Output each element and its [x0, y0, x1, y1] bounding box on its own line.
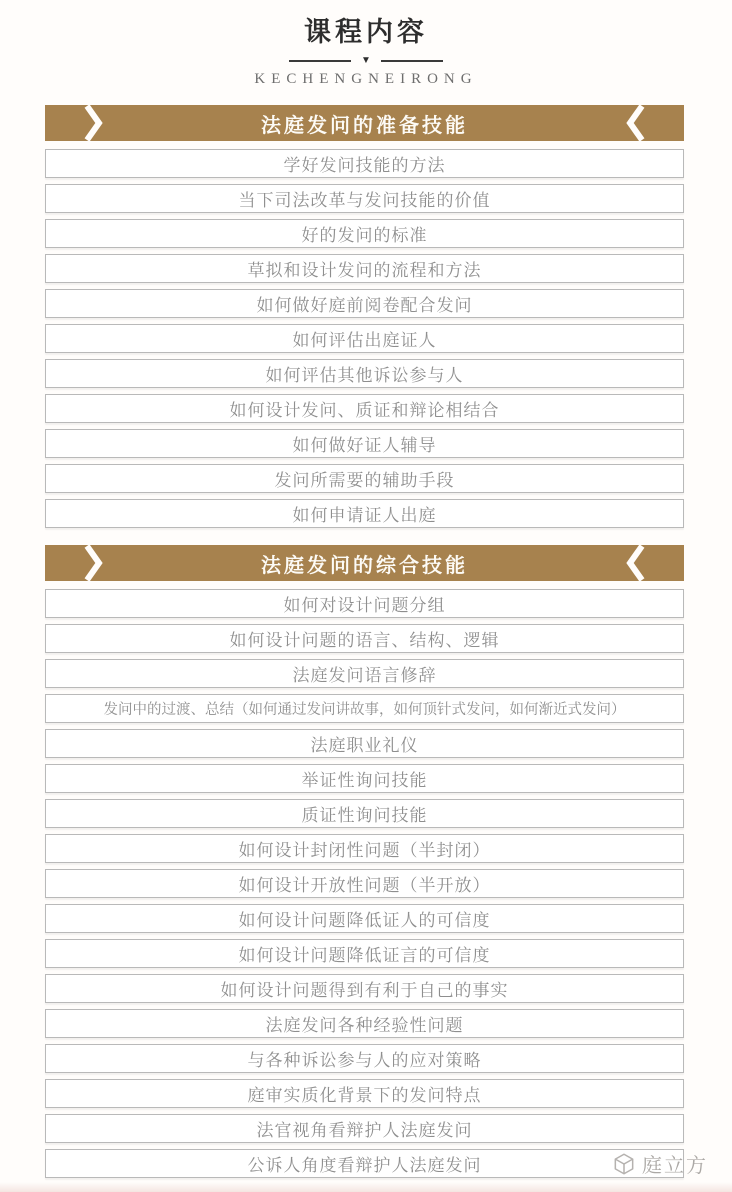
course-item-label: 质证性询问技能 [302, 801, 428, 826]
page-title: 课程内容 [0, 0, 732, 52]
course-item-label: 与各种诉讼参与人的应对策略 [248, 1046, 482, 1071]
course-item: 如何评估出庭证人 [45, 324, 684, 353]
course-item-label: 发问所需要的辅助手段 [275, 466, 455, 491]
course-item-label: 如何做好证人辅导 [293, 431, 437, 456]
course-item: 质证性询问技能 [45, 799, 684, 828]
course-item-label: 如何评估其他诉讼参与人 [266, 361, 464, 386]
course-item-label: 学好发问技能的方法 [284, 151, 446, 176]
course-item: 法庭职业礼仪 [45, 729, 684, 758]
course-item-label: 如何设计问题得到有利于自己的事实 [221, 976, 509, 1001]
course-item-label: 如何设计发问、质证和辩论相结合 [230, 396, 500, 421]
title-divider: ▼ [0, 54, 732, 68]
section: 法庭发问的综合技能 如何对设计问题分组 如何设计问题的语言、结构、逻辑 法庭发问… [45, 545, 684, 1178]
page-subtitle: KECHENGNEIRONG [0, 71, 732, 88]
course-item: 如何申请证人出庭 [45, 499, 684, 528]
course-item: 如何做好证人辅导 [45, 429, 684, 458]
course-item-label: 法庭发问语言修辞 [293, 661, 437, 686]
course-item: 与各种诉讼参与人的应对策略 [45, 1044, 684, 1073]
course-item-label: 发问中的过渡、总结（如何通过发问讲故事，如何顶针式发问，如何渐近式发问） [104, 698, 626, 719]
course-item: 如何设计开放性问题（半开放） [45, 869, 684, 898]
chevron-left-icon [626, 105, 646, 141]
page: 课程内容 ▼ KECHENGNEIRONG 法庭发问的准备技能 学好发问技能的方… [0, 0, 732, 1192]
course-item-label: 如何设计问题降低证人的可信度 [239, 906, 491, 931]
course-item: 如何设计问题降低证言的可信度 [45, 939, 684, 968]
course-item: 草拟和设计发问的流程和方法 [45, 254, 684, 283]
course-item-label: 法庭职业礼仪 [311, 731, 419, 756]
divider-line-right [381, 60, 443, 62]
course-item-label: 举证性询问技能 [302, 766, 428, 791]
course-item-label: 当下司法改革与发问技能的价值 [239, 186, 491, 211]
section: 法庭发问的准备技能 学好发问技能的方法 当下司法改革与发问技能的价值 好的发问的… [45, 105, 684, 528]
course-item: 当下司法改革与发问技能的价值 [45, 184, 684, 213]
course-item: 如何设计问题降低证人的可信度 [45, 904, 684, 933]
chevron-left-icon [626, 545, 646, 581]
section-header: 法庭发问的准备技能 [45, 105, 684, 141]
course-item-label: 好的发问的标准 [302, 221, 428, 246]
course-item-label: 如何对设计问题分组 [284, 591, 446, 616]
course-item-label: 法庭发问各种经验性问题 [266, 1011, 464, 1036]
course-item-label: 如何设计问题降低证言的可信度 [239, 941, 491, 966]
divider-line-left [289, 60, 351, 62]
course-item-label: 如何设计封闭性问题（半封闭） [239, 836, 491, 861]
course-item: 法庭发问语言修辞 [45, 659, 684, 688]
course-item-label: 草拟和设计发问的流程和方法 [248, 256, 482, 281]
course-item: 学好发问技能的方法 [45, 149, 684, 178]
course-item: 发问所需要的辅助手段 [45, 464, 684, 493]
course-item: 法官视角看辩护人法庭发问 [45, 1114, 684, 1143]
course-item: 好的发问的标准 [45, 219, 684, 248]
course-item: 庭审实质化背景下的发问特点 [45, 1079, 684, 1108]
course-item: 公诉人角度看辩护人法庭发问 [45, 1149, 684, 1178]
triangle-down-icon: ▼ [361, 56, 371, 66]
course-item: 举证性询问技能 [45, 764, 684, 793]
course-content: 法庭发问的准备技能 学好发问技能的方法 当下司法改革与发问技能的价值 好的发问的… [0, 105, 732, 1178]
course-item: 法庭发问各种经验性问题 [45, 1009, 684, 1038]
course-item-label: 如何设计开放性问题（半开放） [239, 871, 491, 896]
course-item-label: 庭审实质化背景下的发问特点 [248, 1081, 482, 1106]
course-item: 如何设计问题得到有利于自己的事实 [45, 974, 684, 1003]
chevron-right-icon [83, 105, 103, 141]
section-header-label: 法庭发问的准备技能 [261, 109, 468, 138]
section-header-label: 法庭发问的综合技能 [261, 549, 468, 578]
cube-logo-icon [611, 1151, 637, 1177]
course-item-label: 如何申请证人出庭 [293, 501, 437, 526]
course-item: 发问中的过渡、总结（如何通过发问讲故事，如何顶针式发问，如何渐近式发问） [45, 694, 684, 723]
course-item: 如何做好庭前阅卷配合发问 [45, 289, 684, 318]
course-item-label: 如何评估出庭证人 [293, 326, 437, 351]
course-item: 如何设计发问、质证和辩论相结合 [45, 394, 684, 423]
course-item-label: 如何做好庭前阅卷配合发问 [257, 291, 473, 316]
logo-text: 庭立方 [642, 1149, 708, 1178]
course-item-label: 法官视角看辩护人法庭发问 [257, 1116, 473, 1141]
course-item-label: 如何设计问题的语言、结构、逻辑 [230, 626, 500, 651]
course-item: 如何评估其他诉讼参与人 [45, 359, 684, 388]
course-item: 如何对设计问题分组 [45, 589, 684, 618]
course-item-label: 公诉人角度看辩护人法庭发问 [248, 1151, 482, 1176]
chevron-right-icon [83, 545, 103, 581]
course-item: 如何设计问题的语言、结构、逻辑 [45, 624, 684, 653]
course-item: 如何设计封闭性问题（半封闭） [45, 834, 684, 863]
footer-logo: 庭立方 [611, 1149, 708, 1178]
section-header: 法庭发问的综合技能 [45, 545, 684, 581]
